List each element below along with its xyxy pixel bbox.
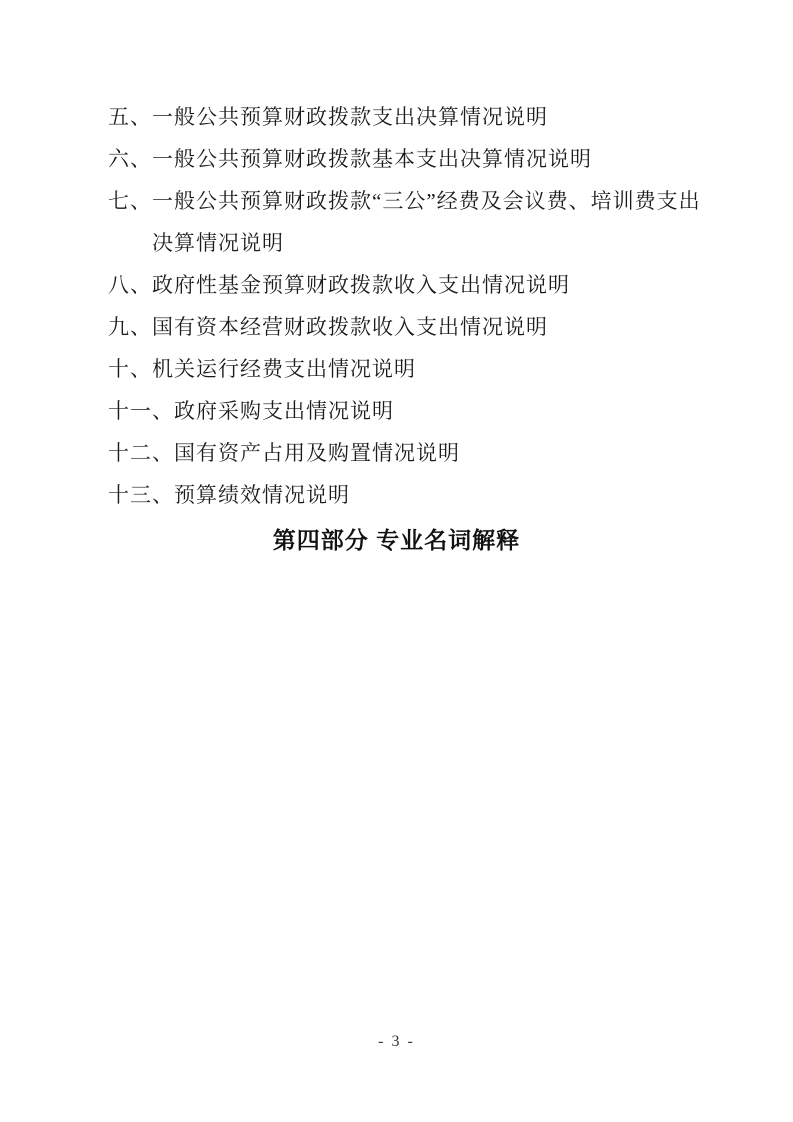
page-number: - 3 -: [0, 1033, 793, 1051]
toc-item-5: 五、一般公共预算财政拨款支出决算情况说明: [108, 96, 723, 138]
toc-item-11: 十一、政府采购支出情况说明: [108, 390, 723, 432]
toc-item-8: 八、政府性基金预算财政拨款收入支出情况说明: [108, 264, 723, 306]
table-of-contents: 五、一般公共预算财政拨款支出决算情况说明 六、一般公共预算财政拨款基本支出决算情…: [108, 96, 723, 516]
toc-item-7: 七、一般公共预算财政拨款“三公”经费及会议费、培训费支出: [108, 180, 723, 222]
toc-item-9: 九、国有资本经营财政拨款收入支出情况说明: [108, 306, 723, 348]
toc-item-13: 十三、预算绩效情况说明: [108, 474, 723, 516]
section-heading: 第四部分 专业名词解释: [0, 516, 793, 564]
toc-item-12: 十二、国有资产占用及购置情况说明: [108, 432, 723, 474]
toc-item-6: 六、一般公共预算财政拨款基本支出决算情况说明: [108, 138, 723, 180]
toc-item-7-continuation: 决算情况说明: [108, 222, 723, 264]
toc-item-10: 十、机关运行经费支出情况说明: [108, 348, 723, 390]
document-page: 五、一般公共预算财政拨款支出决算情况说明 六、一般公共预算财政拨款基本支出决算情…: [0, 0, 793, 1122]
